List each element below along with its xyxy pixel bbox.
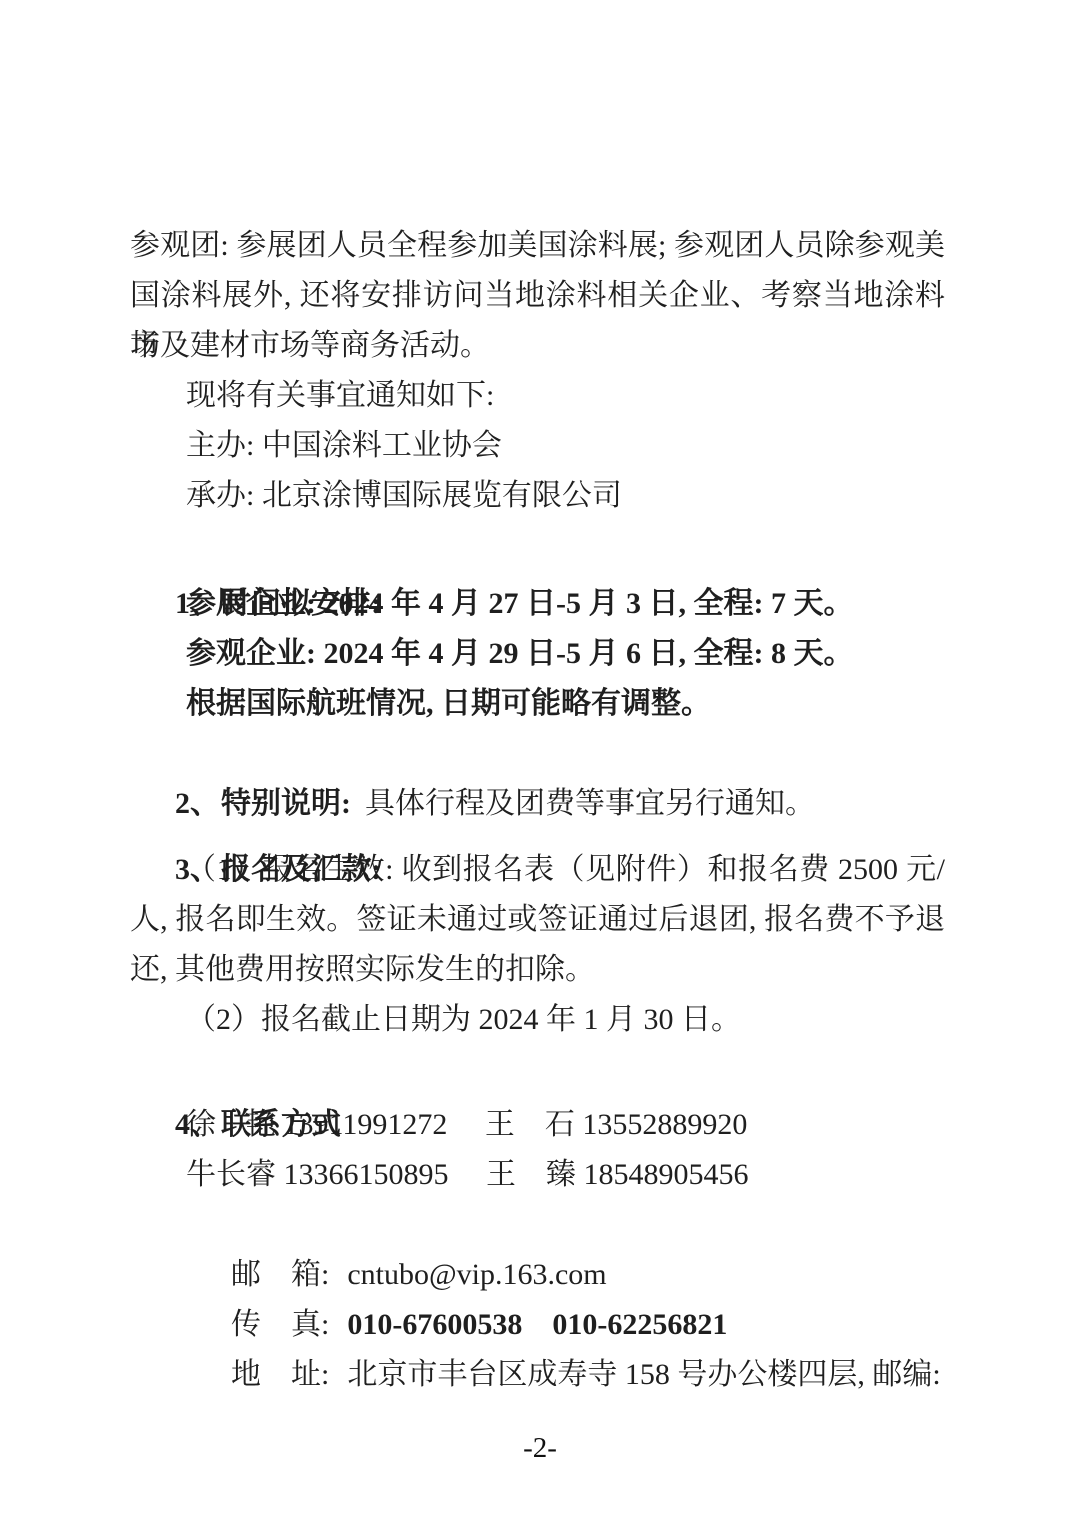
- email-label: 邮 箱:: [231, 1258, 329, 1291]
- section2-heading: 2、特别说明:具体行程及团费等事宜另行通知。: [130, 729, 945, 779]
- address-value: 北京市丰台区成寿寺 158 号办公楼四层, 邮编:: [347, 1358, 940, 1391]
- address-label: 地 址:: [231, 1358, 329, 1391]
- intro-line-1: 参观团: 参展团人员全程参加美国涂料展; 参观团人员除参观美: [130, 221, 945, 271]
- section1-visitor-line: 参观企业: 2024 年 4 月 29 日-5 月 6 日, 全程: 8 天。: [130, 629, 945, 679]
- section3-item1-line1: （1）报名生效: 收到报名表（见附件）和报名费 2500 元/: [130, 845, 945, 895]
- organizer-line: 承办: 北京涂博国际展览有限公司: [130, 471, 945, 521]
- contacts-row-2: 牛长睿 13366150895 王 臻 18548905456: [130, 1150, 945, 1200]
- email-line: 邮 箱:cntubo@vip.163.com: [130, 1200, 945, 1250]
- intro-line-2: 国涂料展外, 还将安排访问当地涂料相关企业、考察当地涂料市: [130, 271, 945, 321]
- section1-heading: 1、时间拟安排:: [130, 529, 945, 579]
- email-value: cntubo@vip.163.com: [347, 1258, 606, 1291]
- section2-title: 特别说明:: [221, 787, 351, 820]
- fax-label: 传 真:: [231, 1308, 329, 1341]
- contacts-row-1: 徐 艳 13911991272 王 石 13552889920: [130, 1100, 945, 1150]
- section4-heading: 4、联系方式: [130, 1050, 945, 1100]
- section3-item2-line: （2）报名截止日期为 2024 年 1 月 30 日。: [130, 995, 945, 1045]
- intro-line-3: 场及建材市场等商务活动。: [130, 321, 945, 371]
- section2-content: 具体行程及团费等事宜另行通知。: [365, 787, 815, 820]
- notice-line: 现将有关事宜通知如下:: [130, 371, 945, 421]
- host-line: 主办: 中国涂料工业协会: [130, 421, 945, 471]
- document-body: 参观团: 参展团人员全程参加美国涂料展; 参观团人员除参观美 国涂料展外, 还将…: [130, 221, 945, 1350]
- section1-note-line: 根据国际航班情况, 日期可能略有调整。: [130, 679, 945, 729]
- section3-item1-line3: 还, 其他费用按照实际发生的扣除。: [130, 945, 945, 995]
- fax-value: 010-67600538 010-62256821: [347, 1308, 727, 1341]
- section2-number: 2、: [175, 779, 221, 829]
- scanned-notice-page: 参观团: 参展团人员全程参加美国涂料展; 参观团人员除参观美 国涂料展外, 还将…: [0, 0, 1080, 1527]
- section3-item1-line2: 人, 报名即生效。签证未通过或签证通过后退团, 报名费不予退: [130, 895, 945, 945]
- section1-exhibitor-line: 参展企业: 2024 年 4 月 27 日-5 月 3 日, 全程: 7 天。: [130, 579, 945, 629]
- page-number: -2-: [0, 1432, 1080, 1465]
